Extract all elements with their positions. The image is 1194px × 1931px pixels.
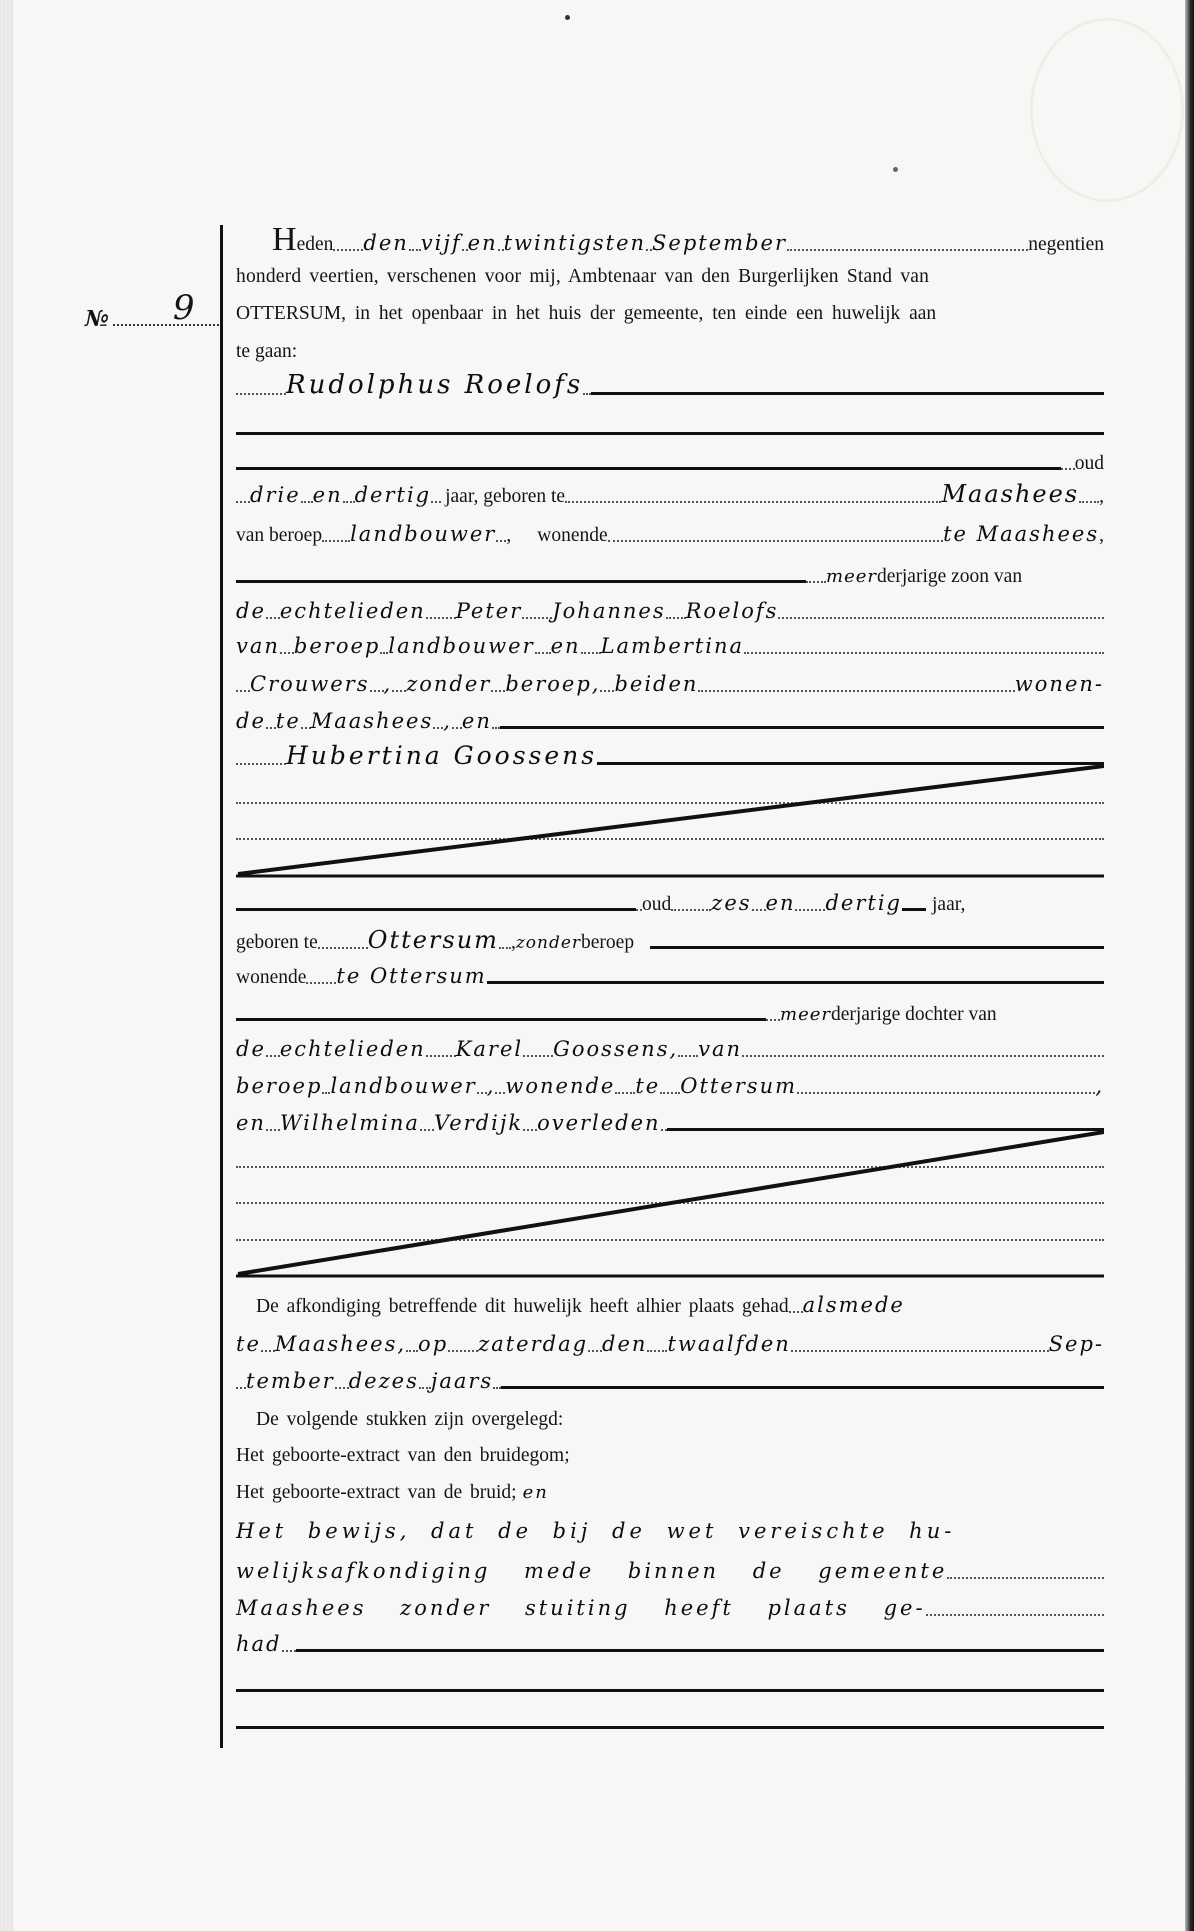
documents-hand-line-1: Het bewijs, dat de bij de wet vereischte… [236, 1514, 1104, 1544]
bride-birthplace-line: geboren te Ottersum , zonder beroep [236, 924, 1104, 954]
bride-age-line: oud zes en dertig jaar, [236, 886, 1104, 916]
documents-hand-line-4: had [236, 1627, 1104, 1657]
groom-majority-line: meer derjarige zoon van [236, 558, 1104, 588]
opening-line-4: te gaan: [236, 333, 1104, 363]
groom-name: Rudolphus Roelofs [286, 372, 583, 400]
documents-intro: De volgende stukken zijn overgelegd: [236, 1401, 1104, 1431]
groom-residence: te Maashees [943, 524, 1099, 547]
embossed-seal [1030, 18, 1184, 202]
ink-speck [565, 15, 570, 20]
cancel-stroke [236, 760, 1104, 880]
proclamation-line-2: te Maashees , op zaterdag den twaalfden … [236, 1327, 1104, 1357]
record-number-value: 9 [173, 288, 195, 328]
closing-rule [236, 1689, 1104, 1692]
date-month: September [652, 233, 787, 256]
page-binding-edge [0, 0, 14, 1931]
record-number: № 9 [85, 302, 221, 332]
groom-age-line: drie en dertig jaar, geboren te Maashees… [236, 478, 1104, 508]
documents-item-1: Het geboorte-extract van den bruidegom; [236, 1437, 1104, 1467]
bride-residence-line: wonende te Ottersum [236, 959, 1104, 989]
groom-mother-first: Lambertina [601, 636, 745, 659]
bride-birthplace: Ottersum [368, 928, 499, 954]
groom-father-first: Peter [456, 601, 523, 624]
bride-majority-line: meer derjarige dochter van [236, 996, 1104, 1026]
groom-mother-surname: Crouwers [250, 674, 370, 697]
bride-parents-line-2: beroep landbouwer , wonende te Ottersum … [236, 1069, 1104, 1099]
groom-name-line: Rudolphus Roelofs [236, 370, 1104, 400]
documents-item-2: Het geboorte-extract van de bruid; en [236, 1474, 1104, 1504]
groom-birthplace: Maashees [941, 482, 1079, 508]
opening-line-2: honderd veertien, verschenen voor mij, A… [236, 258, 1104, 288]
cancel-stroke [236, 1124, 1104, 1280]
groom-parents-line-1: de echtelieden Peter Johannes Roelofs [236, 594, 1104, 624]
opening-line-3: OTTERSUM, in het openbaar in het huis de… [236, 295, 1104, 325]
proclamation-line-3: tember dezes jaars [236, 1364, 1104, 1394]
groom-father-surname: Roelofs [686, 601, 779, 624]
groom-parents-line-4: de te Maashees , en [236, 704, 1104, 734]
documents-hand-line-3: Maashees zonder stuiting heeft plaats ge… [236, 1591, 1104, 1621]
drop-initial: H [272, 225, 297, 256]
date-day: den [363, 233, 408, 256]
opening-line-1: H eden den vijf en twintigsten September… [236, 226, 1104, 256]
closing-rule [236, 1726, 1104, 1729]
bride-father-surname: Goossens [553, 1039, 669, 1062]
groom-occupation-line: van beroep landbouwer , wonende te Maash… [236, 517, 1104, 547]
numero-sign: № [85, 306, 109, 332]
documents-hand-line-2: welijksafkondiging mede binnen de gemeen… [236, 1554, 1104, 1584]
bride-father-first: Karel [456, 1039, 523, 1062]
page-right-edge [1185, 0, 1194, 1931]
bride-residence: te Ottersum [336, 966, 486, 989]
bride-parents-line-1: de echtelieden Karel Goossens , van [236, 1032, 1104, 1062]
margin-rule [220, 225, 223, 1748]
proclamation-line-1: De afkondiging betreffende dit huwelijk … [236, 1288, 1104, 1318]
groom-parents-line-3: Crouwers , zonder beroep , beiden wonen- [236, 667, 1104, 697]
blank-rule [236, 432, 1104, 435]
ink-speck [893, 167, 898, 172]
groom-oud-line: oud [236, 445, 1104, 475]
groom-occupation: landbouwer [350, 524, 496, 547]
groom-parents-line-2: van beroep landbouwer en Lambertina [236, 629, 1104, 659]
